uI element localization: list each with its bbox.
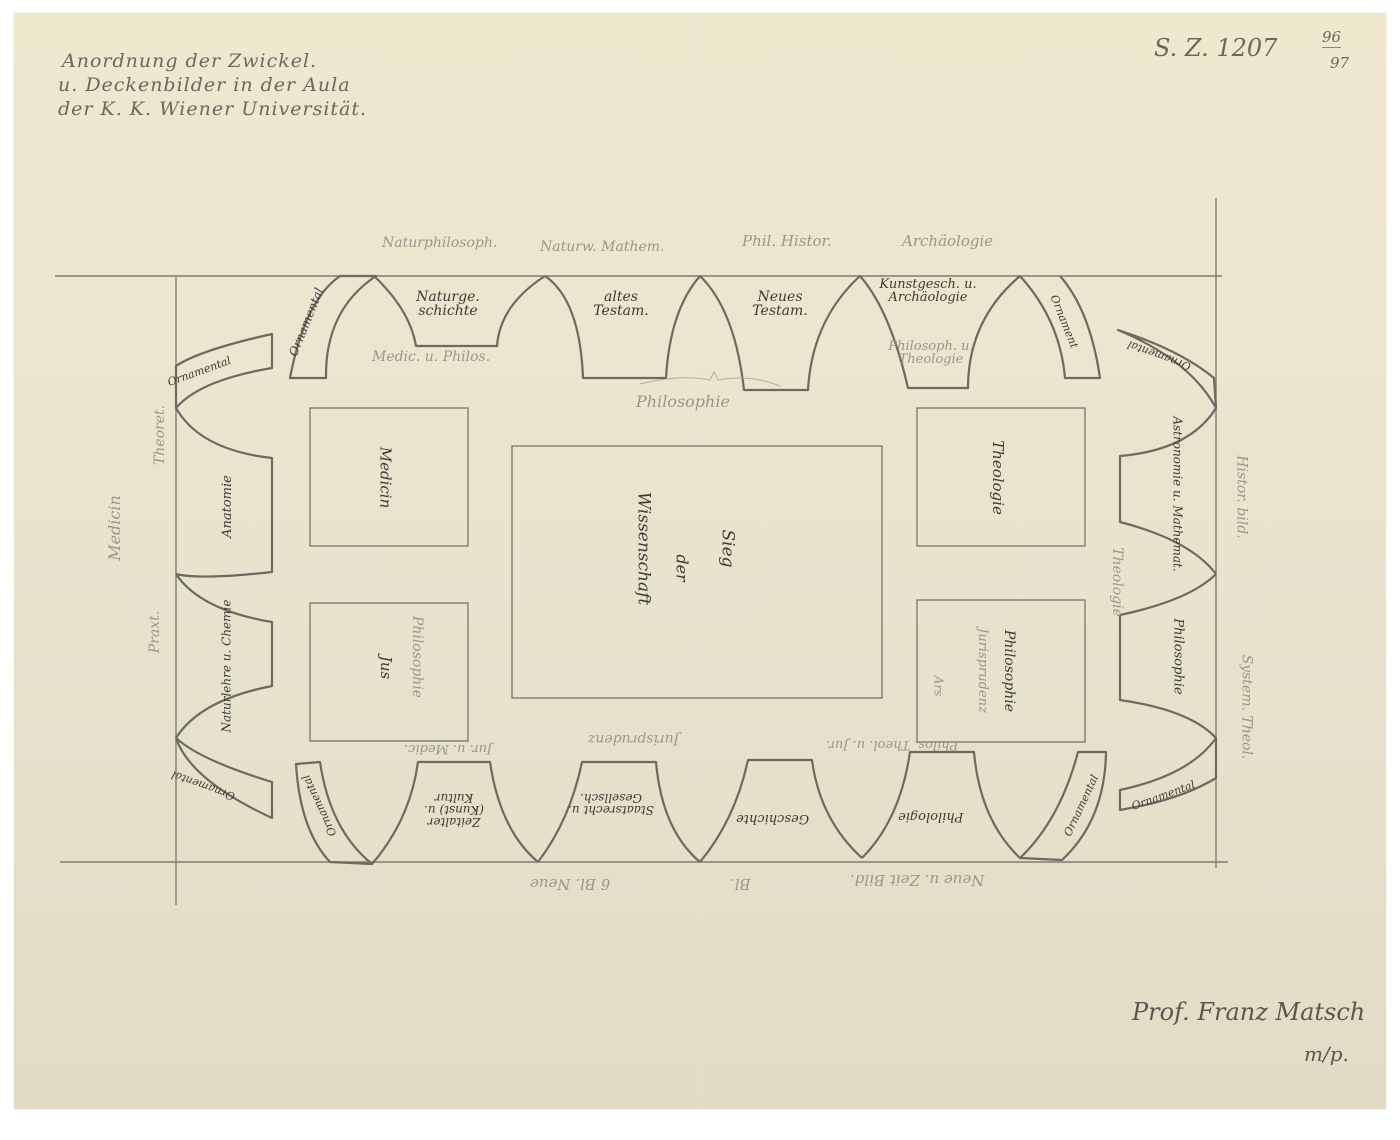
panel-label-center-3: Wissenschaft — [634, 492, 651, 606]
signature-suffix: m/p. — [1304, 1044, 1349, 1064]
inner-center-bottom: Jurisprudenz — [588, 732, 679, 746]
spandrel-bottom-4: Geschichte — [736, 812, 809, 825]
panel-label-bottom-right-3: Ars — [932, 676, 944, 697]
outer-label-bottom-1: 6 Bl. Neue — [530, 876, 610, 891]
spandrel-top-2: Naturge. schichte — [408, 290, 488, 318]
spandrel-top-5: Kunstgesch. u. Archäologie — [868, 278, 988, 304]
spandrel-bottom-2: Zeitalter (Kunst) u. Kultur — [414, 792, 494, 828]
outer-label-bottom-2: Bl. — [730, 876, 751, 891]
inner-faint-bottom-2: Philos. Theol. u. Jur. — [826, 738, 958, 751]
spandrel-left-2: Anatomie — [221, 475, 234, 538]
panel-label-bottom-left-2: Jus — [378, 656, 393, 679]
title-line-3: der K. K. Wiener Universität. — [58, 100, 367, 119]
outer-label-left-theoret: Theoret. — [153, 405, 167, 465]
outer-label-top-3: Phil. Histor. — [742, 234, 832, 249]
panel-center — [512, 446, 882, 698]
spandrel-right-3: Philosophie — [1172, 618, 1185, 694]
reference-number: S. Z. 1207 — [1154, 36, 1277, 60]
signature-name: Prof. Franz Matsch — [1132, 1000, 1365, 1024]
panel-label-top-left: Medicin — [377, 447, 392, 509]
spandrel-top-3: altes Testam. — [586, 290, 656, 318]
panel-label-center-1: Sieg — [719, 529, 736, 567]
outer-label-top-4: Archäologie — [902, 234, 993, 249]
reference-fraction-bottom: 97 — [1330, 56, 1349, 71]
panel-label-top-right: Theologie — [990, 440, 1005, 515]
right-spandrels — [1118, 330, 1216, 810]
inner-center-top: Philosophie — [636, 394, 730, 410]
outer-label-bottom-3: Neue u. Zeit Bild. — [850, 872, 984, 887]
outer-label-right-histor: Histor. bild. — [1235, 455, 1249, 538]
spandrel-left-3: Naturlehre u. Chemie — [220, 600, 232, 733]
title-line-2: u. Deckenbilder in der Aula — [58, 76, 351, 95]
ceiling-plan-drawing — [0, 0, 1400, 1140]
panel-label-bottom-right-1: Philosophie — [1002, 630, 1016, 712]
outer-label-top-2: Naturw. Mathem. — [540, 240, 665, 254]
inner-faint-top-2: Philosoph. u. Theologie — [876, 340, 986, 366]
inner-faint-top-1: Medic. u. Philos. — [372, 350, 490, 364]
spandrel-bottom-5: Philologie — [898, 810, 963, 823]
outer-label-right-system: System. Theol. — [1239, 655, 1253, 760]
left-spandrels — [176, 334, 272, 818]
reference-fraction-top: 96 — [1322, 30, 1341, 48]
spandrel-top-4: Neues Testam. — [740, 290, 820, 318]
outer-label-left-medicin: Medicin — [107, 495, 123, 561]
outer-label-left-praxt: Praxt. — [148, 611, 162, 653]
panel-label-center-2: der — [674, 554, 690, 581]
outer-label-top-1: Naturphilosoph. — [382, 236, 497, 250]
spandrel-bottom-3: Staatsrecht u. Gesellsch. — [566, 792, 656, 816]
panel-label-bottom-left-1: Philosophie — [410, 616, 424, 698]
inner-faint-bottom-1: Jur. u. Medic. — [404, 742, 492, 755]
inner-faint-right-side: Theologie — [1110, 547, 1124, 617]
spandrel-right-2: Astronomie u. Mathemat. — [1172, 416, 1184, 571]
panel-label-bottom-right-2: Jurisprudenz — [976, 628, 989, 713]
title-line-1: Anordnung der Zwickel. — [62, 52, 317, 71]
